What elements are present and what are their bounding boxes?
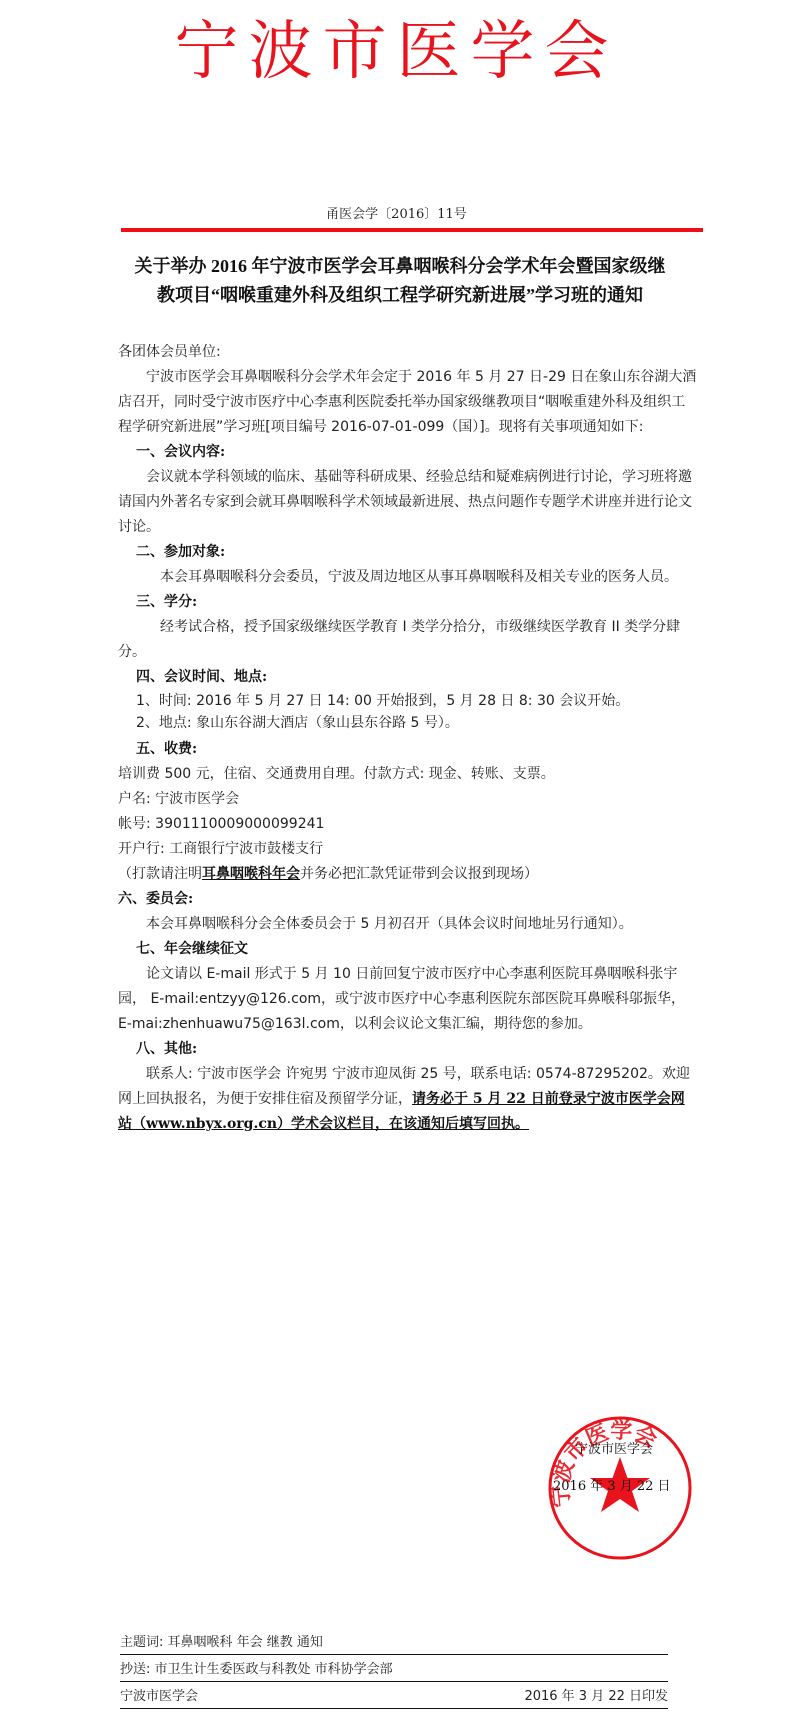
salutation: 各团体会员单位: — [118, 340, 698, 365]
section-committee-text: 本会耳鼻咽喉科分会全体委员会于 5 月初召开（具体会议时间地址另行通知）。 — [118, 912, 698, 937]
section-heading-other: 八、其他: — [118, 1037, 698, 1062]
account-number-label: 帐号: — [118, 816, 151, 832]
payment-note-emphasis: 耳鼻咽喉科年会 — [202, 866, 300, 882]
document-body: 各团体会员单位: 宁波市医学会耳鼻咽喉科分会学术年会定于 2016 年 5 月 … — [118, 340, 698, 1137]
footer-issuer: 宁波市医学会 — [120, 1689, 198, 1704]
bank-label: 开户行: — [118, 841, 165, 857]
document-title: 关于举办 2016 年宁波市医学会耳鼻咽喉科分会学术年会暨国家级继 教项目“咽喉… — [100, 252, 700, 310]
account-name-value: 宁波市医学会 — [155, 791, 239, 807]
place-item: 2、地点: 象山东谷湖大酒店（象山县东谷路 5 号）。 — [118, 712, 698, 734]
account-number-row: 帐号: 3901110009000099241 — [118, 812, 698, 837]
section-heading-content: 一、会议内容: — [118, 440, 698, 465]
account-name-label: 户名: — [118, 791, 151, 807]
section-heading-time-place: 四、会议时间、地点: — [118, 665, 698, 690]
bank-row: 开户行: 工商银行宁波市鼓楼支行 — [118, 837, 698, 862]
signature-date: 2016 年 3 月 22 日 — [553, 1475, 671, 1494]
bank-value: 工商银行宁波市鼓楼支行 — [169, 841, 323, 857]
footer-cc: 抄送: 市卫生计生委医政与科教处 市科协学会部 — [120, 1659, 668, 1682]
footer-keywords: 主题词: 耳鼻咽喉科 年会 继教 通知 — [120, 1632, 668, 1655]
section-heading-audience: 二、参加对象: — [118, 540, 698, 565]
masthead-org-name: 宁波市医学会 — [0, 12, 793, 92]
section-heading-papers: 七、年会继续征文 — [118, 937, 698, 962]
title-line-1: 关于举办 2016 年宁波市医学会耳鼻咽喉科分会学术年会暨国家级继 — [100, 252, 700, 281]
fee-text: 培训费 500 元，住宿、交通费用自理。付款方式: 现金、转账、支票。 — [118, 762, 698, 787]
section-heading-fees: 五、收费: — [118, 737, 698, 762]
section-papers-text: 论文请以 E-mail 形式于 5 月 10 日前回复宁波市医疗中心李惠利医院耳… — [118, 962, 698, 1037]
footer-issuer-row: 宁波市医学会 2016 年 3 月 22 日印发 — [120, 1686, 668, 1709]
section-other-text: 联系人: 宁波市医学会 许宛男 宁波市迎凤街 25 号，联系电话: 0574-8… — [118, 1062, 698, 1137]
payment-note-suffix: 并务必把汇款凭证带到会议报到现场） — [300, 866, 538, 882]
red-divider — [121, 228, 703, 232]
footer-issue-date: 2016 年 3 月 22 日印发 — [524, 1686, 668, 1708]
section-heading-credits: 三、学分: — [118, 590, 698, 615]
account-number-value: 3901110009000099241 — [155, 816, 324, 832]
section-content-text: 会议就本学科领域的临床、基础等科研成果、经验总结和疑难病例进行讨论，学习班将邀请… — [118, 465, 698, 540]
signature-org: 宁波市医学会 — [575, 1438, 653, 1457]
section-heading-committee: 六、委员会: — [118, 887, 698, 912]
time-item: 1、时间: 2016 年 5 月 27 日 14: 00 开始报到，5 月 28… — [118, 690, 698, 712]
document-number: 甬医会学〔2016〕11号 — [0, 203, 793, 222]
payment-note: （打款请注明耳鼻咽喉科年会并务必把汇款凭证带到会议报到现场） — [118, 862, 698, 887]
section-audience-text: 本会耳鼻咽喉科分会委员，宁波及周边地区从事耳鼻咽喉科及相关专业的医务人员。 — [118, 565, 698, 590]
payment-note-prefix: （打款请注明 — [118, 866, 202, 882]
title-line-2: 教项目“咽喉重建外科及组织工程学研究新进展”学习班的通知 — [100, 281, 700, 310]
account-name-row: 户名: 宁波市医学会 — [118, 787, 698, 812]
section-credits-text: 经考试合格，授予国家级继续医学教育 I 类学分拾分，市级继续医学教育 II 类学… — [118, 615, 698, 665]
svg-text:宁波市医学会: 宁波市医学会 — [547, 1418, 661, 1509]
intro-paragraph: 宁波市医学会耳鼻咽喉科分会学术年会定于 2016 年 5 月 27 日-29 日… — [118, 365, 698, 440]
